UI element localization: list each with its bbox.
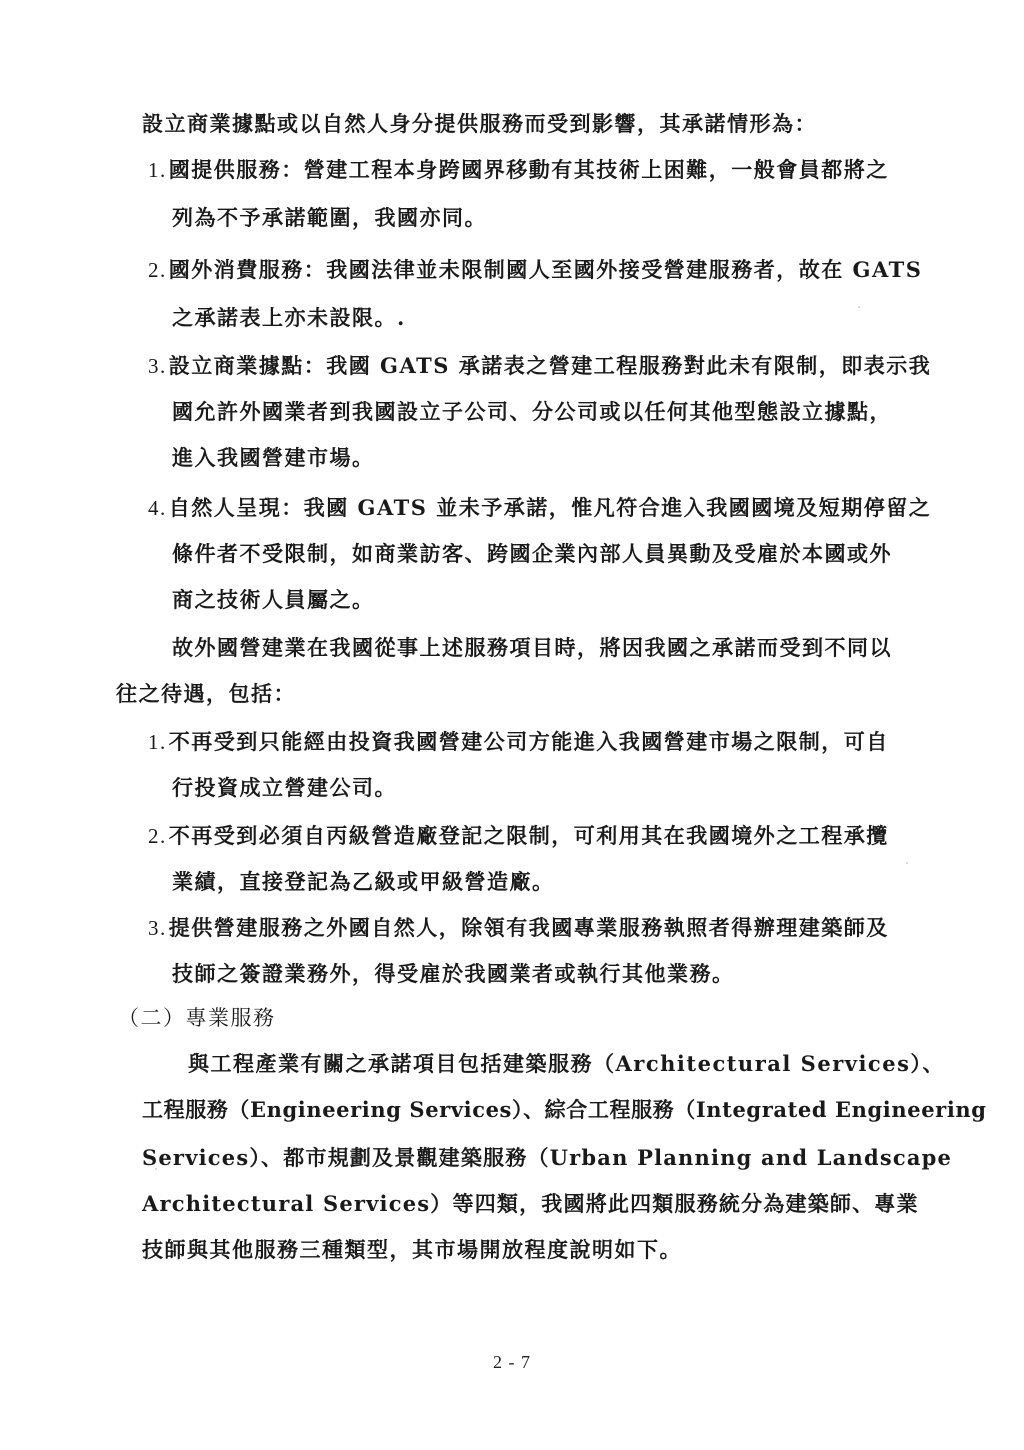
scan-speck <box>155 1168 157 1170</box>
page-number: 2 - 7 <box>0 1352 1024 1373</box>
professional-paragraph-line-3: Services）、都市規劃及景觀建築服務（Urban Planning and… <box>142 1144 952 1172</box>
treatment-paragraph-line-1: 故外國營建業在我國從事上述服務項目時，將因我國之承諾而受到不同以 <box>172 634 892 662</box>
professional-paragraph-line-2: 工程服務（Engineering Services）、綜合工程服務（Integr… <box>142 1096 987 1124</box>
list-number: 1. <box>148 730 167 754</box>
treatment-3-line-1: 3.提供營建服務之外國自然人，除領有我國專業服務執照者得辦理建築師及 <box>148 914 889 942</box>
list-number: 3. <box>148 354 167 378</box>
document-page: 設立商業據點或以自然人身分提供服務而受到影響，其承諾情形為： 1.國提供服務：營… <box>0 0 1024 1450</box>
list-number: 1. <box>148 158 167 182</box>
commitment-text: 國提供服務：營建工程本身跨國界移動有其技術上困難，一般會員都將之 <box>169 157 889 182</box>
commitment-3-line-3: 進入我國營建市場。 <box>172 444 375 472</box>
commitment-text: 國外消費服務：我國法律並未限制國人至國外接受營建服務者，故在 GATS <box>169 257 923 282</box>
commitment-3-line-1: 3.設立商業據點：我國 GATS 承諾表之營建工程服務對此未有限制，即表示我 <box>148 352 931 380</box>
commitment-4-line-3: 商之技術人員屬之。 <box>172 586 375 614</box>
treatment-1-line-1: 1.不再受到只能經由投資我國營建公司方能進入我國營建市場之限制，可自 <box>148 728 889 756</box>
list-number: 2. <box>148 258 167 282</box>
treatment-2-line-1: 2.不再受到必須自丙級營造廠登記之限制，可利用其在我國境外之工程承攬 <box>148 822 889 850</box>
commitment-4-line-1: 4.自然人呈現：我國 GATS 並未予承諾，惟凡符合進入我國國境及短期停留之 <box>148 494 931 522</box>
scan-speck <box>906 862 908 864</box>
treatment-text: 不再受到必須自丙級營造廠登記之限制，可利用其在我國境外之工程承攬 <box>169 823 889 848</box>
commitment-4-line-2: 條件者不受限制，如商業訪客、跨國企業內部人員異動及受雇於本國或外 <box>172 540 892 568</box>
treatment-text: 不再受到只能經由投資我國營建公司方能進入我國營建市場之限制，可自 <box>169 729 889 754</box>
treatment-paragraph-line-2: 往之待遇，包括： <box>116 680 296 708</box>
commitment-1-line-1: 1.國提供服務：營建工程本身跨國界移動有其技術上困難，一般會員都將之 <box>148 156 889 184</box>
professional-paragraph-line-4: Architectural Services）等四類，我國將此四類服務統分為建築… <box>142 1190 919 1218</box>
list-number: 3. <box>148 916 167 940</box>
treatment-2-line-2: 業績，直接登記為乙級或甲級營造廠。 <box>172 868 555 896</box>
scan-speck <box>858 306 860 308</box>
commitment-2-line-1: 2.國外消費服務：我國法律並未限制國人至國外接受營建服務者，故在 GATS <box>148 256 922 284</box>
professional-paragraph-line-5: 技師與其他服務三種類型，其市場開放程度說明如下。 <box>142 1236 682 1264</box>
commitment-text: 設立商業據點：我國 GATS 承諾表之營建工程服務對此未有限制，即表示我 <box>169 353 932 378</box>
treatment-text: 提供營建服務之外國自然人，除領有我國專業服務執照者得辦理建築師及 <box>169 915 889 940</box>
intro-line: 設立商業據點或以自然人身分提供服務而受到影響，其承諾情形為： <box>142 110 817 138</box>
commitment-1-line-2: 列為不予承諾範圍，我國亦同。 <box>172 204 487 232</box>
section-heading: （二）專業服務 <box>118 1004 276 1032</box>
commitment-3-line-2: 國允許外國業者到我國設立子公司、分公司或以任何其他型態設立據點， <box>172 398 892 426</box>
professional-paragraph-line-1: 與工程產業有關之承諾項目包括建築服務（Architectural Service… <box>188 1050 945 1078</box>
treatment-1-line-2: 行投資成立營建公司。 <box>172 774 397 802</box>
list-number: 4. <box>148 496 167 520</box>
treatment-3-line-2: 技師之簽證業務外，得受雇於我國業者或執行其他業務。 <box>172 960 735 988</box>
commitment-text: 自然人呈現：我國 GATS 並未予承諾，惟凡符合進入我國國境及短期停留之 <box>169 495 932 520</box>
list-number: 2. <box>148 824 167 848</box>
commitment-2-line-2: 之承諾表上亦未設限。. <box>172 304 406 332</box>
